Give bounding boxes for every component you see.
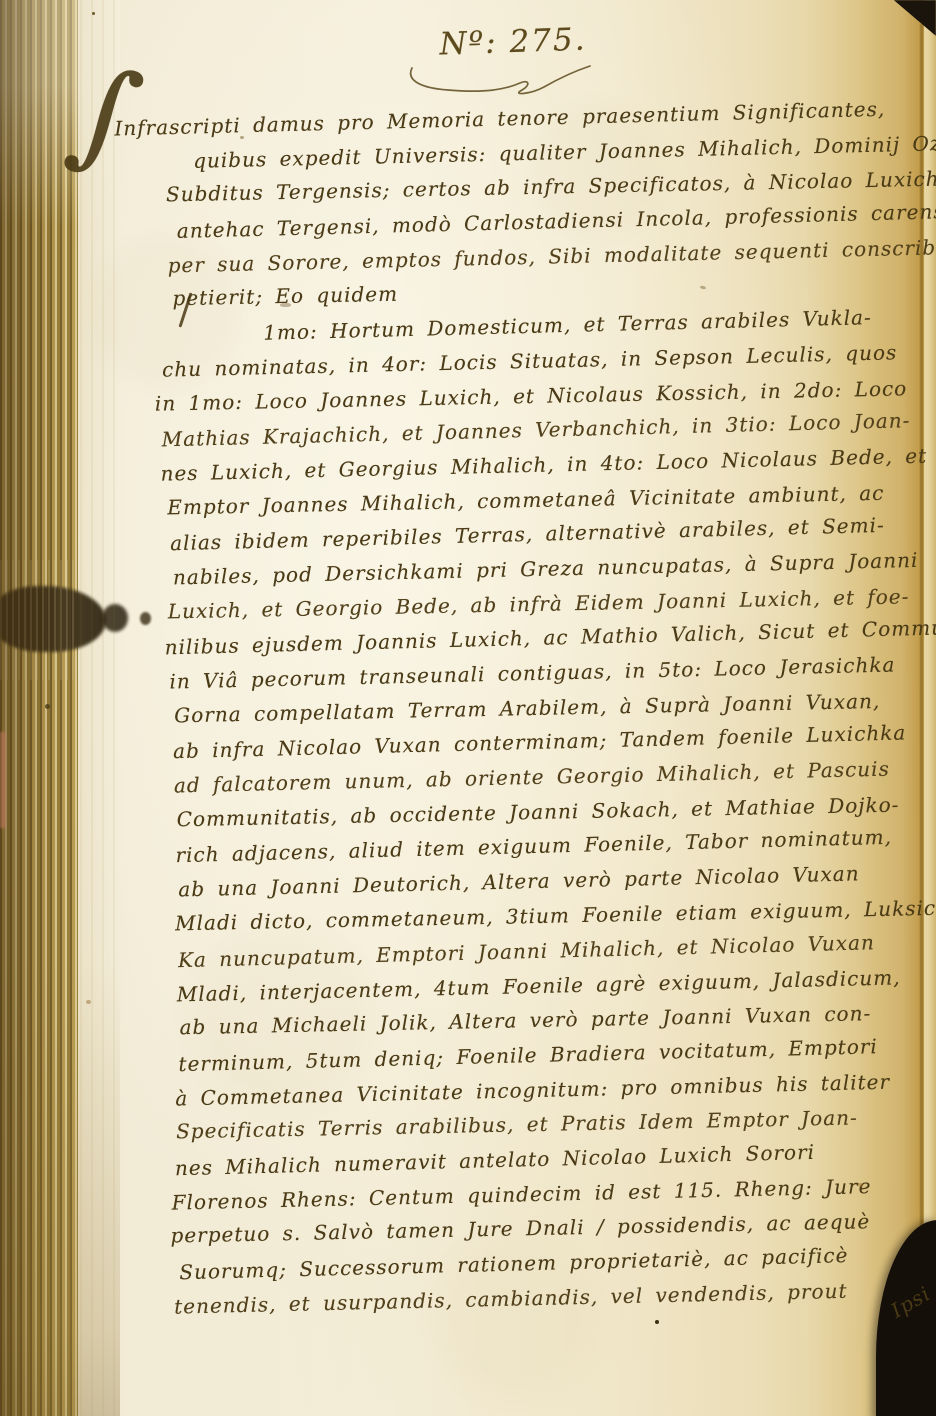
paper-speck: [655, 1320, 659, 1324]
header-flourish-path: [411, 66, 590, 94]
page-number: Nº: 275.: [407, 20, 618, 63]
paper-speck: [858, 1183, 863, 1187]
paper-speck: [92, 12, 95, 15]
paper-speck: [86, 1000, 91, 1004]
manuscript-photo: Nº: 275. ∫ Infrascripti damus pro Memori…: [0, 0, 936, 1416]
fore-edge-red-tint: [0, 732, 6, 828]
paper-speck: [240, 136, 244, 139]
header-flourish-icon: [404, 62, 600, 98]
paper-speck: [45, 704, 50, 709]
manuscript-text: Infrascripti damus pro Memoria tenore pr…: [100, 92, 936, 1325]
paper-smudge: [280, 303, 291, 307]
